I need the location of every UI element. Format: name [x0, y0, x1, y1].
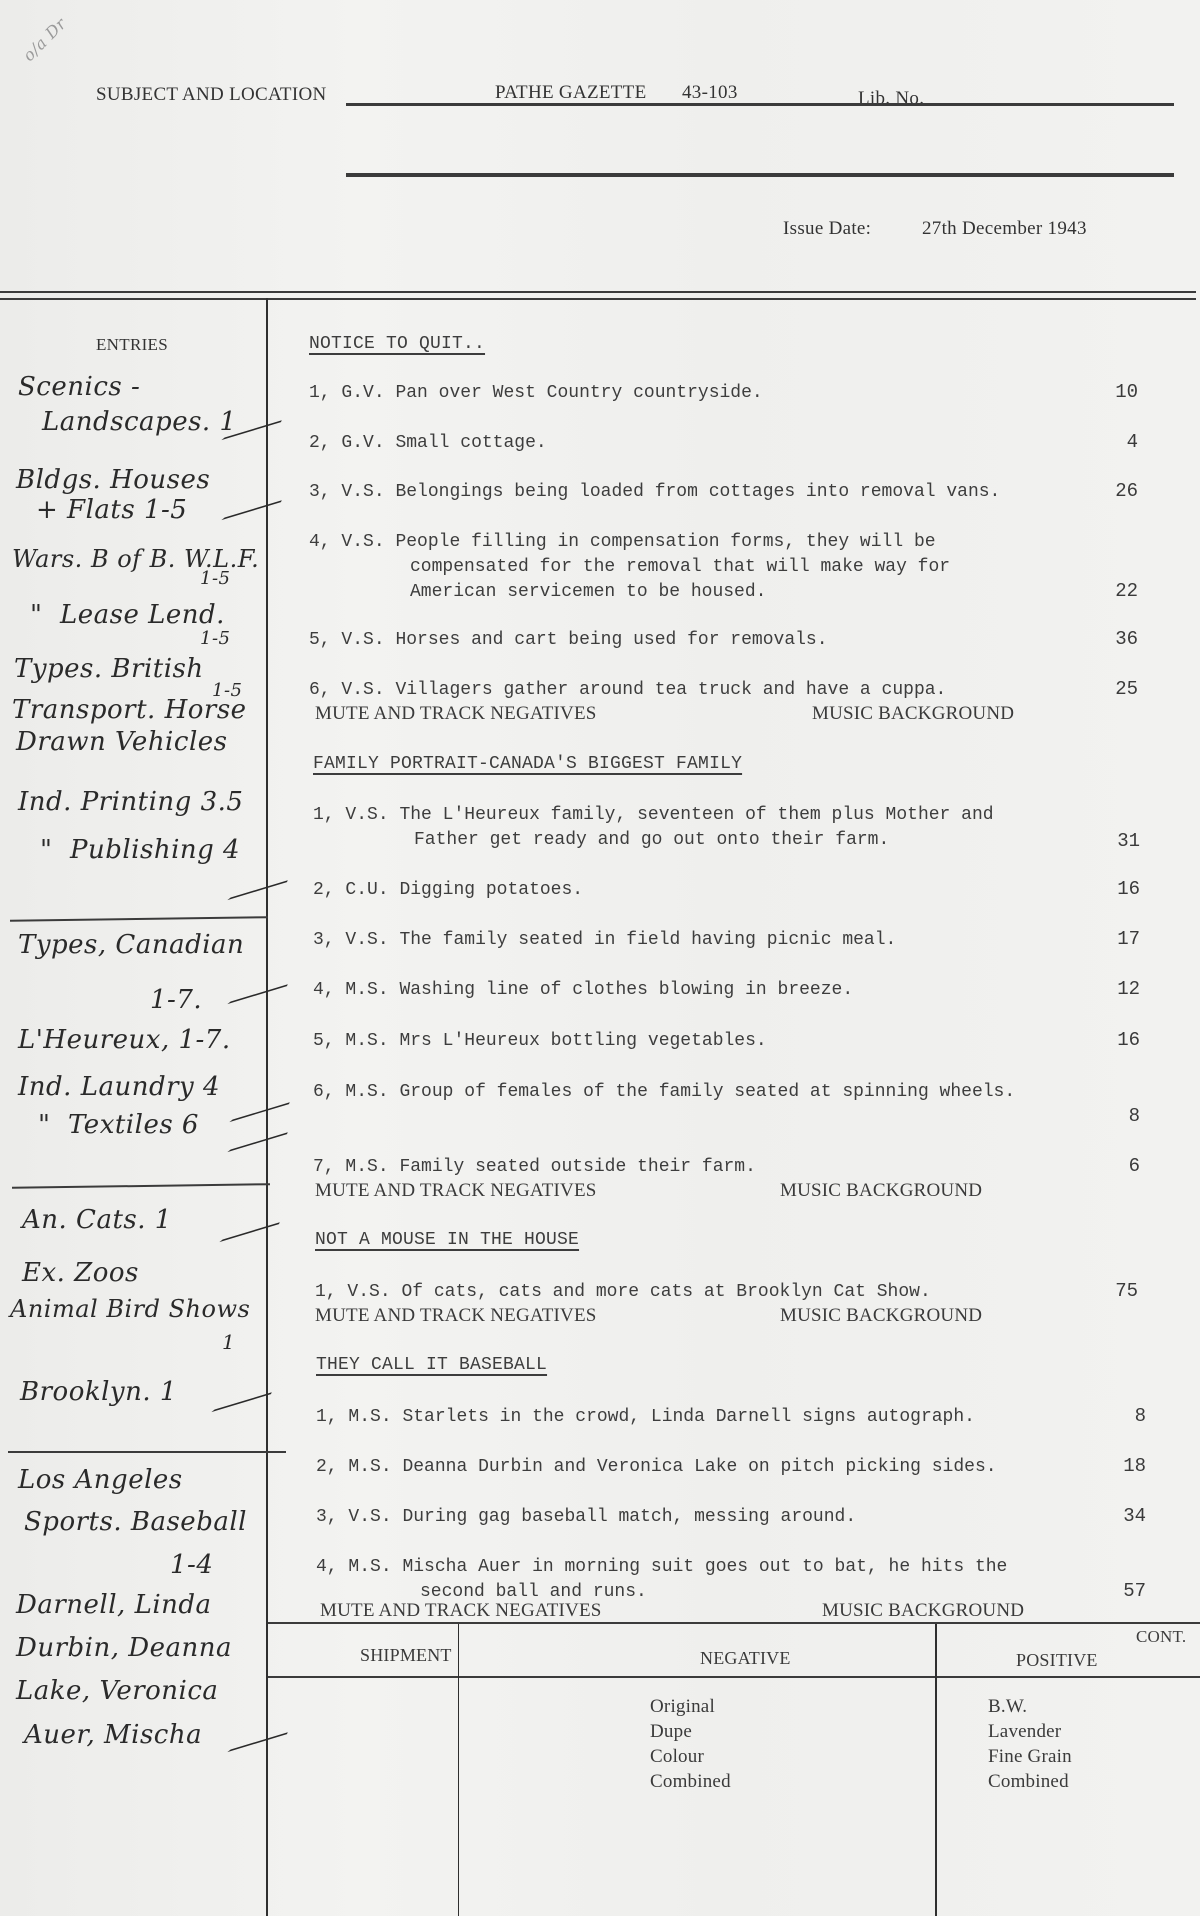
shot-length: 8	[1086, 1405, 1146, 1427]
entry-line: Scenics -	[18, 372, 140, 402]
check-mark-icon	[221, 400, 290, 440]
header-divider-bottom	[0, 298, 1196, 300]
entries-separator	[10, 916, 268, 922]
entry-line: Types, Canadian	[18, 930, 244, 960]
shot-length: 22	[1078, 580, 1138, 602]
entry-line: + Flats 1-5	[36, 495, 187, 525]
entry-line: Landscapes. 1	[42, 407, 237, 437]
shot-description-cont: Father get ready and go out onto their f…	[414, 828, 889, 853]
shot-description: Pan over West Country countryside.	[395, 383, 762, 403]
shot-type: M.S.	[345, 1082, 388, 1102]
shot-type: M.S.	[345, 980, 388, 1000]
shot-type: G.V.	[341, 433, 384, 453]
entry-line: Transport. Horse	[12, 695, 247, 725]
check-mark-icon	[211, 1372, 280, 1412]
issue-code: 43-103	[682, 82, 738, 104]
shot-row: 3, V.S. The family seated in field havin…	[313, 928, 896, 953]
entry-line: Durbin, Deanna	[16, 1633, 232, 1663]
shot-length: 6	[1080, 1155, 1140, 1177]
entry-line: Auer, Mischa	[24, 1720, 202, 1750]
entry-line: " Publishing 4	[40, 835, 240, 865]
shot-number: 1,	[315, 1282, 337, 1302]
entry-line: Los Angeles	[18, 1465, 183, 1495]
header-divider-top	[0, 291, 1196, 293]
mute-track-note: MUTE AND TRACK NEGATIVES	[315, 1305, 597, 1327]
entry-line: Sports. Baseball	[24, 1507, 247, 1537]
negative-option: Original	[650, 1696, 715, 1718]
shot-row: 6, V.S. Villagers gather around tea truc…	[309, 678, 946, 703]
shot-number: 3,	[309, 482, 331, 502]
music-note: MUSIC BACKGROUND	[780, 1180, 982, 1202]
positive-option: Lavender	[988, 1721, 1061, 1743]
mute-track-note: MUTE AND TRACK NEGATIVES	[315, 703, 597, 725]
corner-scribble: o/a Dr	[19, 14, 70, 65]
shot-type: G.V.	[341, 383, 384, 403]
shot-description-cont: compensated for the removal that will ma…	[410, 555, 950, 580]
negative-option: Colour	[650, 1746, 704, 1768]
shot-type: M.S.	[345, 1157, 388, 1177]
entry-line: Ind. Laundry 4	[18, 1072, 220, 1102]
shot-description: Villagers gather around tea truck and ha…	[395, 680, 946, 700]
cont-label: CONT.	[1136, 1627, 1186, 1647]
footer-top-rule	[268, 1622, 1200, 1624]
entry-line: 1-5	[200, 568, 231, 589]
subject-line-1	[346, 103, 1174, 106]
shot-type: V.S.	[341, 532, 384, 552]
shot-type: V.S.	[341, 630, 384, 650]
check-mark-icon	[227, 860, 296, 900]
shot-row: 4, M.S. Mischa Auer in morning suit goes…	[316, 1555, 1007, 1580]
check-mark-icon	[227, 964, 296, 1004]
shot-length: 36	[1078, 628, 1138, 650]
negative-option: Dupe	[650, 1721, 692, 1743]
shot-description: Horses and cart being used for removals.	[395, 630, 827, 650]
shot-number: 4,	[316, 1557, 338, 1577]
entry-line: Lake, Veronica	[16, 1676, 218, 1706]
entry-line: Drawn Vehicles	[16, 727, 227, 757]
entry-line: " Lease Lend.	[30, 600, 225, 630]
shot-row: 1, V.S. Of cats, cats and more cats at B…	[315, 1280, 931, 1305]
check-mark-icon	[219, 1202, 288, 1242]
entry-line: Ex. Zoos	[22, 1258, 139, 1288]
shot-row: 2, C.U. Digging potatoes.	[313, 878, 583, 903]
shot-row: 7, M.S. Family seated outside their farm…	[313, 1155, 756, 1180]
shot-length: 18	[1086, 1455, 1146, 1477]
positive-header: POSITIVE	[1016, 1650, 1098, 1671]
shot-type: V.S.	[345, 930, 388, 950]
shot-row: 4, V.S. People filling in compensation f…	[309, 530, 936, 555]
shot-description: The L'Heureux family, seventeen of them …	[399, 805, 993, 825]
music-note: MUSIC BACKGROUND	[822, 1600, 1024, 1622]
shot-row: 1, V.S. The L'Heureux family, seventeen …	[313, 803, 994, 828]
shot-length: 26	[1078, 480, 1138, 502]
entry-line: Ind. Printing 3.5	[18, 787, 243, 817]
check-mark-icon	[227, 1712, 296, 1752]
dope-sheet-page: o/a Dr SUBJECT AND LOCATION PATHE GAZETT…	[0, 0, 1200, 1916]
negative-option: Combined	[650, 1771, 731, 1793]
shot-type: V.S.	[341, 680, 384, 700]
entry-line: " Textiles 6	[38, 1110, 199, 1140]
issue-date-label: Issue Date:	[783, 218, 871, 240]
shot-description: Starlets in the crowd, Linda Darnell sig…	[402, 1407, 975, 1427]
shot-number: 2,	[309, 433, 331, 453]
shot-row: 3, V.S. During gag baseball match, messi…	[316, 1505, 856, 1530]
shot-type: M.S.	[348, 1557, 391, 1577]
shot-number: 2,	[316, 1457, 338, 1477]
shot-row: 2, M.S. Deanna Durbin and Veronica Lake …	[316, 1455, 997, 1480]
entries-separator	[12, 1183, 270, 1189]
shot-length: 12	[1080, 978, 1140, 1000]
shot-row: 1, M.S. Starlets in the crowd, Linda Dar…	[316, 1405, 975, 1430]
shot-type: V.S.	[345, 805, 388, 825]
shot-length: 10	[1078, 381, 1138, 403]
shot-description-cont: American servicemen to be housed.	[410, 580, 766, 605]
shot-number: 5,	[313, 1031, 335, 1051]
shot-description: Belongings being loaded from cottages in…	[395, 482, 1000, 502]
shot-description: During gag baseball match, messing aroun…	[402, 1507, 856, 1527]
shot-row: 4, M.S. Washing line of clothes blowing …	[313, 978, 853, 1003]
negative-header: NEGATIVE	[700, 1648, 791, 1669]
shot-length: 17	[1080, 928, 1140, 950]
entry-line: An. Cats. 1	[22, 1205, 172, 1235]
mute-track-note: MUTE AND TRACK NEGATIVES	[320, 1600, 602, 1622]
shot-row: 5, V.S. Horses and cart being used for r…	[309, 628, 828, 653]
shot-number: 6,	[309, 680, 331, 700]
shot-type: V.S.	[341, 482, 384, 502]
shot-length: 57	[1086, 1580, 1146, 1602]
entry-line: Animal Bird Shows	[10, 1295, 250, 1323]
shot-description: The family seated in field having picnic…	[399, 930, 896, 950]
positive-option: Fine Grain	[988, 1746, 1072, 1768]
shot-description: Deanna Durbin and Veronica Lake on pitch…	[402, 1457, 996, 1477]
shot-description: Digging potatoes.	[399, 880, 583, 900]
shot-number: 2,	[313, 880, 335, 900]
shot-description: Group of females of the family seated at…	[399, 1082, 1015, 1102]
entry-line: Brooklyn. 1	[20, 1377, 177, 1407]
story-title: NOTICE TO QUIT..	[309, 334, 485, 354]
subject-location-label: SUBJECT AND LOCATION	[96, 84, 327, 106]
entry-line: L'Heureux, 1-7.	[18, 1025, 231, 1055]
story-title: NOT A MOUSE IN THE HOUSE	[315, 1230, 579, 1250]
shot-length: 25	[1078, 678, 1138, 700]
shot-number: 3,	[313, 930, 335, 950]
shot-description: Small cottage.	[395, 433, 546, 453]
shot-length: 4	[1078, 431, 1138, 453]
entry-line: Types. British	[14, 654, 204, 684]
shot-description: People filling in compensation forms, th…	[395, 532, 935, 552]
entries-heading: ENTRIES	[96, 335, 168, 355]
shot-description: Washing line of clothes blowing in breez…	[399, 980, 853, 1000]
footer-col-divider-2	[935, 1624, 937, 1916]
shot-length: 16	[1080, 1029, 1140, 1051]
entry-line: 1-5	[200, 628, 231, 649]
music-note: MUSIC BACKGROUND	[812, 703, 1014, 725]
shot-length: 31	[1080, 830, 1140, 852]
shot-number: 4,	[309, 532, 331, 552]
check-mark-icon	[221, 480, 290, 520]
shot-length: 8	[1080, 1105, 1140, 1127]
shot-type: V.S.	[347, 1282, 390, 1302]
footer-header-rule	[268, 1676, 1200, 1678]
entry-line: 1	[222, 1330, 235, 1354]
shot-row: 5, M.S. Mrs L'Heureux bottling vegetable…	[313, 1029, 767, 1054]
shot-number: 4,	[313, 980, 335, 1000]
shot-description: Mrs L'Heureux bottling vegetables.	[399, 1031, 766, 1051]
entries-separator	[8, 1451, 286, 1453]
entry-line: 1-7.	[150, 985, 202, 1015]
positive-option: Combined	[988, 1771, 1069, 1793]
shot-description: Family seated outside their farm.	[399, 1157, 755, 1177]
positive-option: B.W.	[988, 1696, 1027, 1718]
shot-length: 34	[1086, 1505, 1146, 1527]
lib-no-label: Lib. No.	[858, 88, 924, 110]
shot-type: M.S.	[348, 1457, 391, 1477]
story-title: FAMILY PORTRAIT-CANADA'S BIGGEST FAMILY	[313, 754, 742, 774]
shot-row: 3, V.S. Belongings being loaded from cot…	[309, 480, 1000, 505]
shipment-header: SHIPMENT	[360, 1645, 452, 1666]
footer-col-divider-1	[458, 1624, 459, 1916]
shot-row: 6, M.S. Group of females of the family s…	[313, 1080, 1015, 1105]
shot-length: 75	[1078, 1280, 1138, 1302]
shot-row: 2, G.V. Small cottage.	[309, 431, 547, 456]
shot-number: 6,	[313, 1082, 335, 1102]
shot-description: Mischa Auer in morning suit goes out to …	[402, 1557, 1007, 1577]
shot-row: 1, G.V. Pan over West Country countrysid…	[309, 381, 763, 406]
shot-number: 3,	[316, 1507, 338, 1527]
music-note: MUSIC BACKGROUND	[780, 1305, 982, 1327]
shot-description: Of cats, cats and more cats at Brooklyn …	[401, 1282, 930, 1302]
shot-type: M.S.	[345, 1031, 388, 1051]
shot-type: V.S.	[348, 1507, 391, 1527]
shot-number: 1,	[316, 1407, 338, 1427]
entry-line: Bldgs. Houses	[16, 465, 210, 495]
issue-date: 27th December 1943	[922, 218, 1087, 240]
shot-number: 1,	[309, 383, 331, 403]
shot-number: 7,	[313, 1157, 335, 1177]
shot-type: M.S.	[348, 1407, 391, 1427]
gazette-name: PATHE GAZETTE	[495, 82, 647, 104]
shot-number: 5,	[309, 630, 331, 650]
shot-type: C.U.	[345, 880, 388, 900]
story-title: THEY CALL IT BASEBALL	[316, 1355, 547, 1375]
shot-number: 1,	[313, 805, 335, 825]
entry-line: 1-4	[170, 1550, 213, 1580]
mute-track-note: MUTE AND TRACK NEGATIVES	[315, 1180, 597, 1202]
entry-line: Darnell, Linda	[16, 1590, 212, 1620]
subject-line-2	[346, 173, 1174, 177]
shot-length: 16	[1080, 878, 1140, 900]
